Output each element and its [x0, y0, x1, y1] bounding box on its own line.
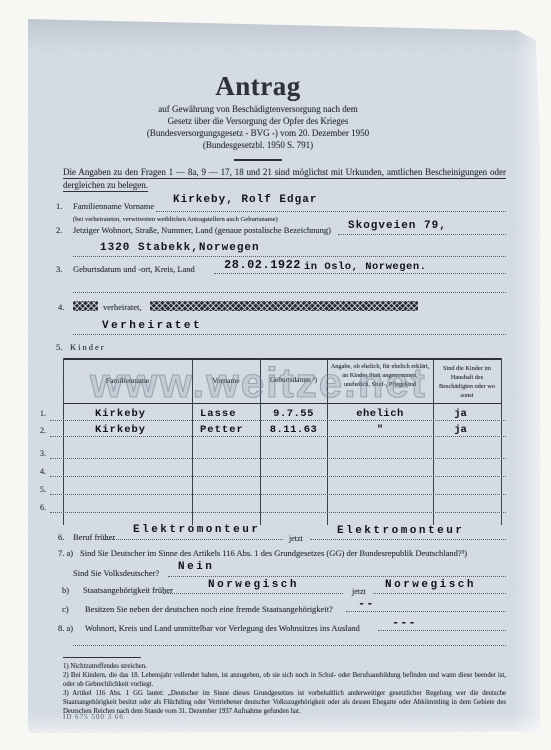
q2-dotted-line-1 [338, 234, 506, 235]
q3-value-birthdate: 28.02.1922 [224, 258, 301, 272]
form-id: ID 675 500 3 66 [63, 713, 124, 721]
q7b-value-current-citizenship: Norwegisch [385, 579, 476, 591]
q7b-jetzt-label: jetzt [352, 587, 366, 596]
q7c-value: -- [358, 597, 374, 611]
scan-shading-right [514, 19, 540, 733]
table-row-2-number: 2. [40, 426, 46, 435]
q7a-number: 7. a) [58, 548, 73, 558]
footnote-2: 2) Bei Kindern, die das 18. Lebensjahr v… [63, 671, 506, 689]
header-divider-rule [234, 159, 282, 161]
table-row-5-number: 5. [40, 485, 46, 494]
q6-value-former-occupation: Elektromonteur [133, 524, 260, 536]
q4-number: 4. [58, 302, 64, 312]
q7c-dotted-line [346, 611, 506, 612]
footnote-separator-rule [63, 657, 141, 658]
footnote-1: 1) Nichtzutreffendes streichen. [63, 662, 506, 671]
q7b-dotted-line-1 [163, 593, 343, 594]
q3-dotted-line [214, 273, 506, 274]
table-row-3-dotted-line [50, 458, 506, 459]
table-row-6-number: 6. [40, 503, 46, 512]
q1-number: 1. [56, 201, 62, 211]
table-row-2-birth-date: 8.11.63 [260, 424, 327, 436]
table-row-4-number: 4. [40, 467, 46, 476]
q2-number: 2. [56, 225, 62, 235]
q7b-label: Staatsangehörigkeit früher [83, 585, 173, 595]
table-vline-6 [501, 358, 502, 525]
q4-label: verheiratet, [103, 302, 141, 312]
table-header-household: Sind die Kinder im Haushalt des Beschädi… [435, 364, 499, 400]
q4-struck-out-option [73, 301, 98, 311]
q8a-value: --- [392, 616, 417, 630]
footnote-3: 3) Artikel 116 Abs. 1 GG lautet: „Deutsc… [63, 689, 506, 716]
q7b-number: b) [62, 585, 69, 595]
table-vline-5 [433, 358, 434, 525]
table-row-1-first-name: Lasse [200, 408, 237, 420]
form-subtitle-line-2: Gesetz über die Versorgung der Opfer des… [28, 116, 488, 126]
q7a2-value-volksdeutscher: Nein [178, 561, 214, 573]
q2-dotted-line-2 [73, 256, 506, 257]
q1-note: (bei verheirateten, verwitweten weiblich… [73, 216, 278, 223]
q7a2-label: Sind Sie Volksdeutscher? [73, 568, 159, 578]
q8a-label: Wohnort, Kreis und Land unmittelbar vor … [85, 623, 360, 633]
q6-number: 6. [58, 532, 64, 542]
q2-value-street: Skogveien 79, [348, 220, 447, 232]
q7a-label: Sind Sie Deutscher im Sinne des Artikels… [80, 548, 508, 558]
q5-number: 5. [56, 342, 62, 352]
q7b-dotted-line-2 [373, 593, 506, 594]
table-row-1-birth-date: 9.7.55 [260, 408, 327, 420]
q4-struck-out-options-strip [150, 301, 418, 311]
q2-value-city: 1320 Stabekk,Norwegen [100, 242, 260, 254]
q4-value-marital-status: Verheiratet [102, 320, 202, 332]
q3-value-birthplace: in Oslo, Norwegen. [304, 261, 426, 273]
q7b-value-former-citizenship: Norwegisch [208, 579, 299, 591]
form-subtitle-line-3: (Bundesversorgungsgesetz - BVG -) vom 20… [28, 128, 488, 138]
table-row-1-dotted-line [50, 420, 506, 421]
table-row-1-number: 1. [40, 409, 46, 418]
q7c-label: Besitzen Sie neben der deutschen noch ei… [85, 604, 333, 614]
scanned-form-paper: Antrag auf Gewährung von Beschädigtenver… [28, 19, 540, 733]
photo-background: { "watermark_text": "www.weitze.net", "h… [0, 0, 551, 750]
q8a-dotted-line [378, 630, 506, 631]
q6-jetzt-label: jetzt [289, 534, 303, 543]
notice-text: Die Angaben zu den Fragen 1 — 8a, 9 — 17… [63, 166, 506, 191]
q3-number: 3. [56, 264, 62, 274]
q5-label: Kinder [70, 342, 106, 352]
table-row-4-dotted-line [50, 476, 506, 477]
q6-value-current-occupation: Elektromonteur [337, 525, 464, 537]
q1-label: Familienname Vorname [73, 201, 154, 211]
q4-dotted-line [73, 334, 506, 335]
table-row-2-household: ja [433, 424, 488, 436]
form-title: Antrag [28, 71, 488, 102]
q2-label: Jetziger Wohnort, Straße, Nummer, Land (… [73, 225, 331, 235]
q6-label: Beruf früher [73, 532, 115, 542]
q7c-number: c) [62, 604, 69, 614]
q3-label: Geburtsdatum und -ort, Kreis, Land [73, 264, 195, 274]
q8a-number: 8. a) [58, 623, 73, 633]
q3-empty-dotted-line [73, 292, 506, 293]
q8a-empty-dotted-line [73, 645, 506, 646]
table-row-2-status: " [327, 424, 433, 436]
table-row-3-number: 3. [40, 449, 46, 458]
scan-shading-top [28, 19, 540, 53]
form-subtitle-line-1: auf Gewährung von Beschädigtenversorgung… [28, 104, 488, 114]
form-subtitle-line-4: (Bundesgesetzbl. 1950 S. 791) [28, 140, 488, 150]
table-row-2-first-name: Petter [200, 424, 244, 436]
watermark: www.weitze.net [90, 359, 427, 407]
q1-value-name: Kirkeby, Rolf Edgar [173, 194, 317, 206]
table-row-1-household: ja [433, 408, 488, 420]
table-row-2-dotted-line [50, 436, 506, 437]
q1-dotted-line [156, 211, 506, 212]
q6-dotted-line-2 [310, 539, 506, 540]
table-row-5-dotted-line [50, 494, 506, 495]
q7a2-dotted-line [168, 576, 506, 577]
table-row-1-status: ehelich [327, 408, 433, 420]
table-row-6-dotted-line [50, 512, 506, 513]
table-row-1-family-name: Kirkeby [95, 408, 146, 420]
q6-dotted-line-1 [103, 539, 283, 540]
table-row-2-family-name: Kirkeby [95, 424, 146, 436]
